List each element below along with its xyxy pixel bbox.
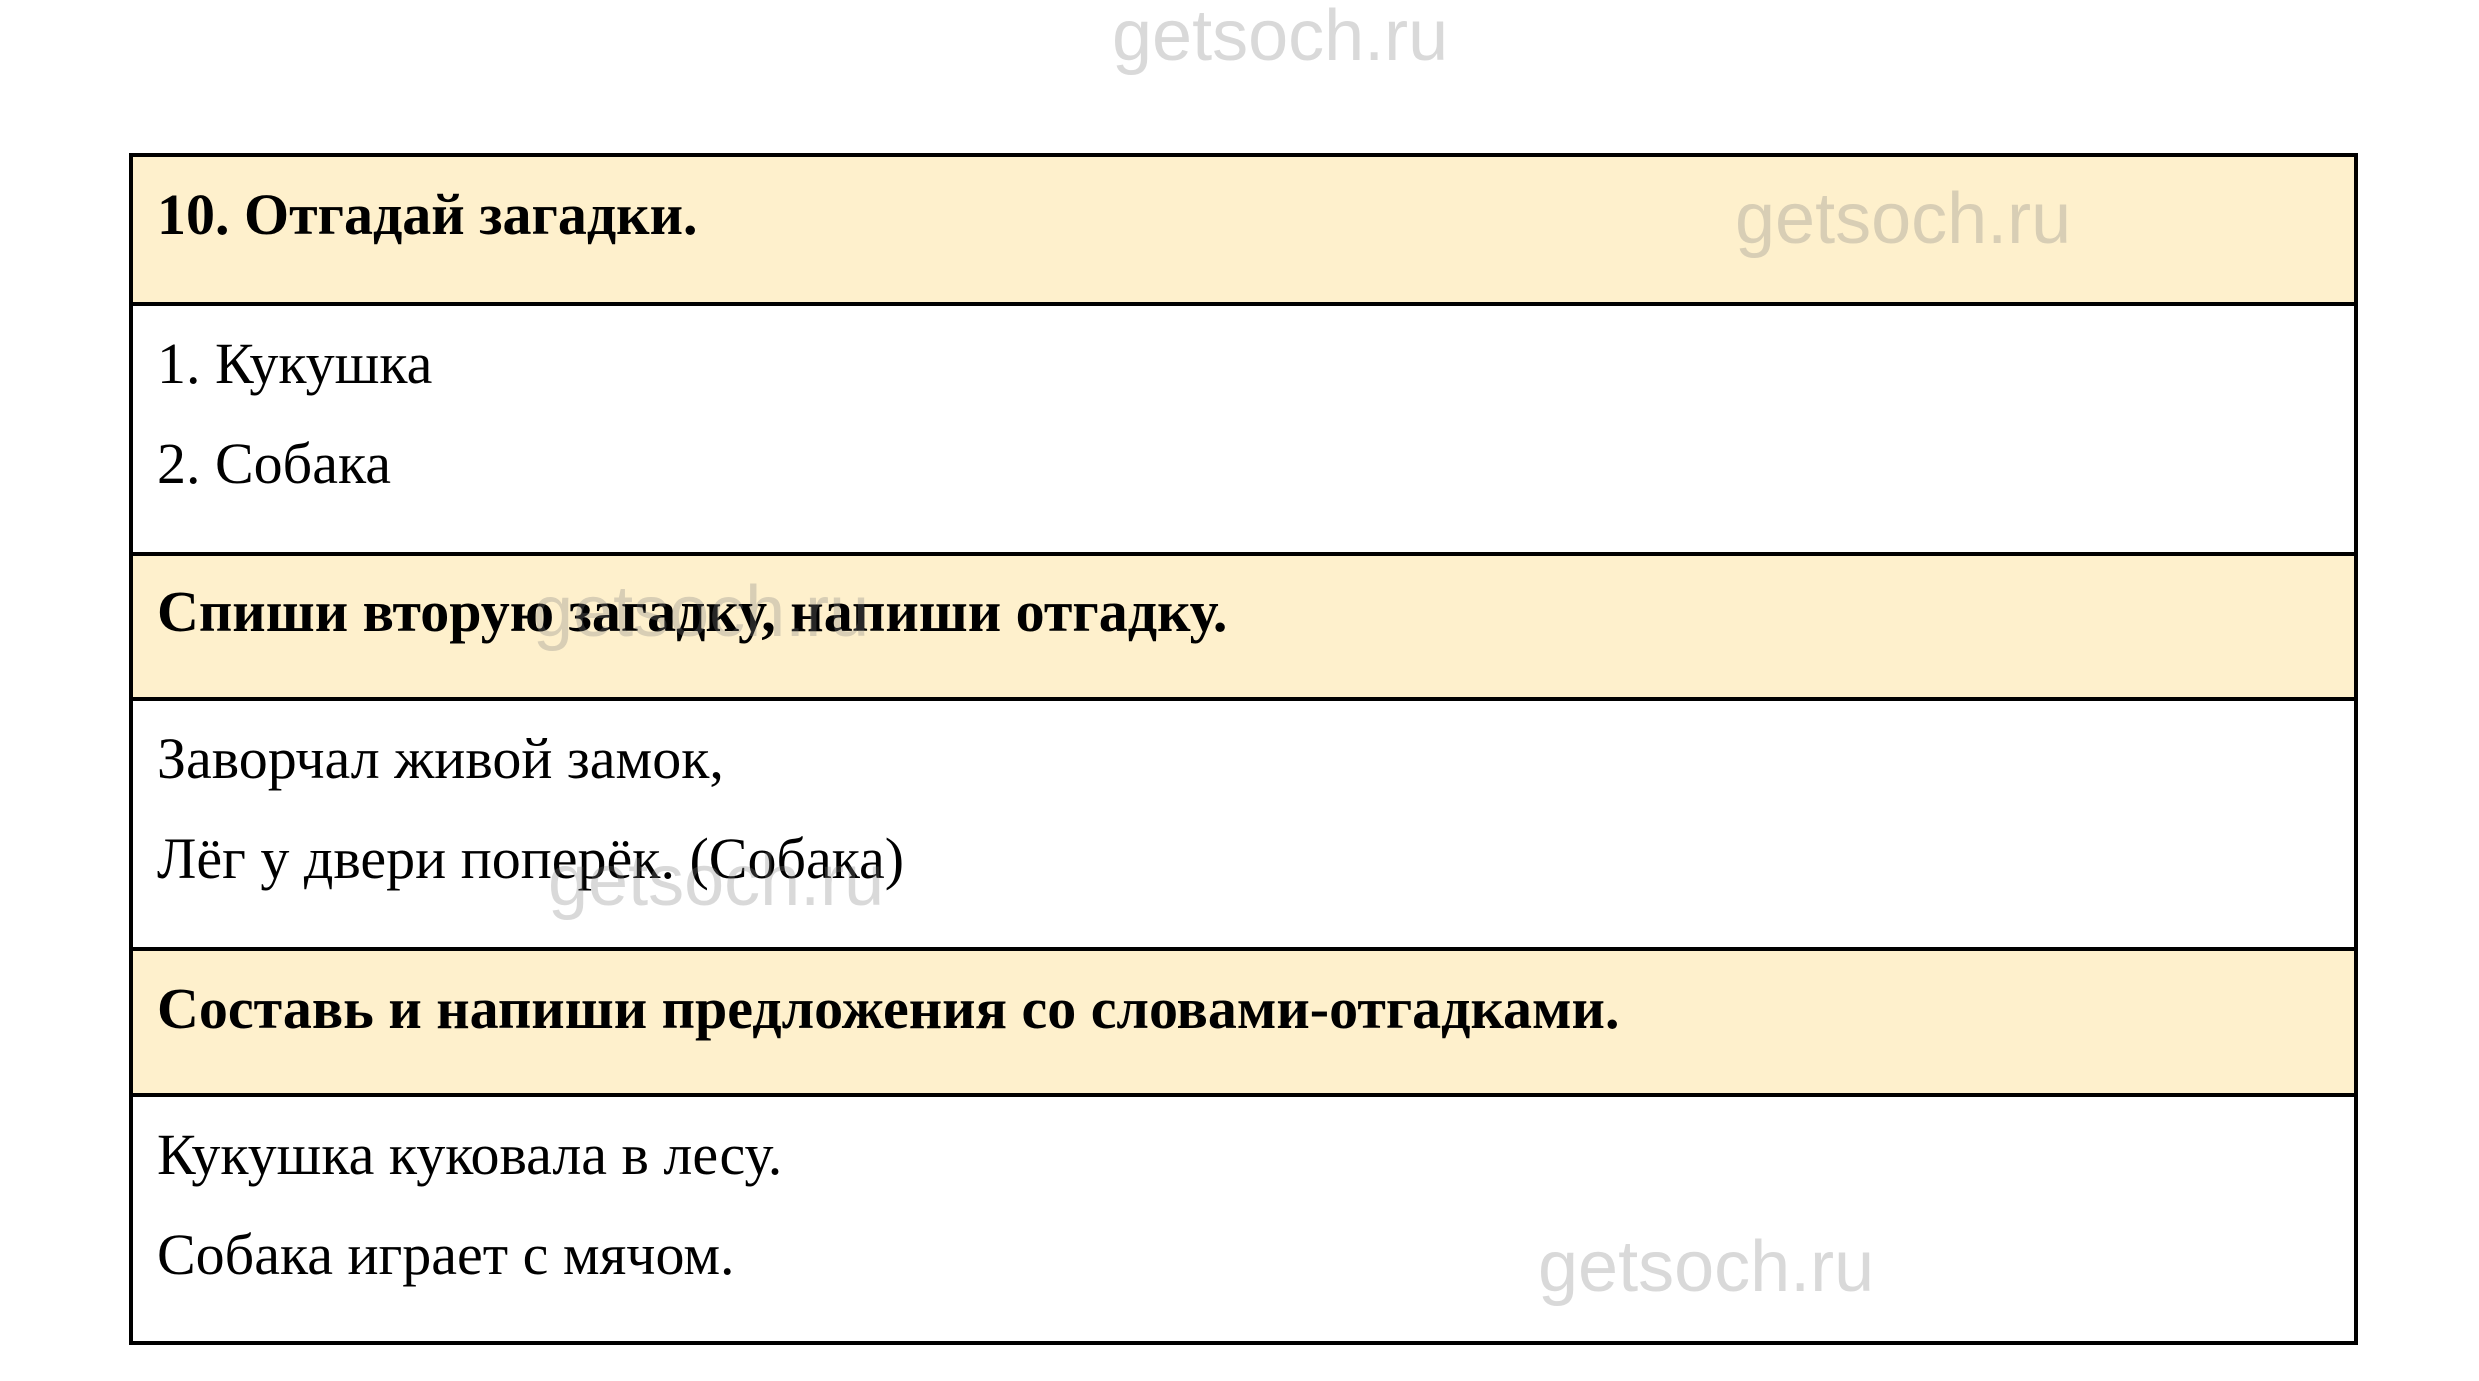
sentence-1: Кукушка куковала в лесу.	[157, 1105, 2354, 1205]
riddle-answers-row: 1. Кукушка 2. Собака	[133, 302, 2354, 552]
riddle-text-row: Заворчал живой замок, Лёг у двери поперё…	[133, 697, 2354, 947]
riddle-line-1: Заворчал живой замок,	[157, 709, 2354, 809]
watermark-top: getsoch.ru	[1112, 0, 1448, 72]
riddle-answer-1: 1. Кукушка	[157, 314, 2354, 414]
riddle-answer-2: 2. Собака	[157, 414, 2354, 514]
sentence-2: Собака играет с мячом.	[157, 1205, 2354, 1305]
compose-sentences-instruction: Составь и напиши предложения со словами-…	[157, 959, 2354, 1059]
riddle-line-2: Лёг у двери поперёк. (Собака)	[157, 809, 2354, 909]
sentences-row: Кукушка куковала в лесу. Собака играет с…	[133, 1093, 2354, 1345]
compose-sentences-instruction-row: Составь и напиши предложения со словами-…	[133, 947, 2354, 1093]
task-title: 10. Отгадай загадки.	[157, 165, 2354, 265]
copy-riddle-instruction: Спиши вторую загадку, напиши отгадку.	[157, 562, 2354, 662]
task-title-row: 10. Отгадай загадки.	[133, 157, 2354, 304]
copy-riddle-instruction-row: Спиши вторую загадку, напиши отгадку.	[133, 552, 2354, 697]
task-table: 10. Отгадай загадки. 1. Кукушка 2. Собак…	[129, 153, 2358, 1345]
